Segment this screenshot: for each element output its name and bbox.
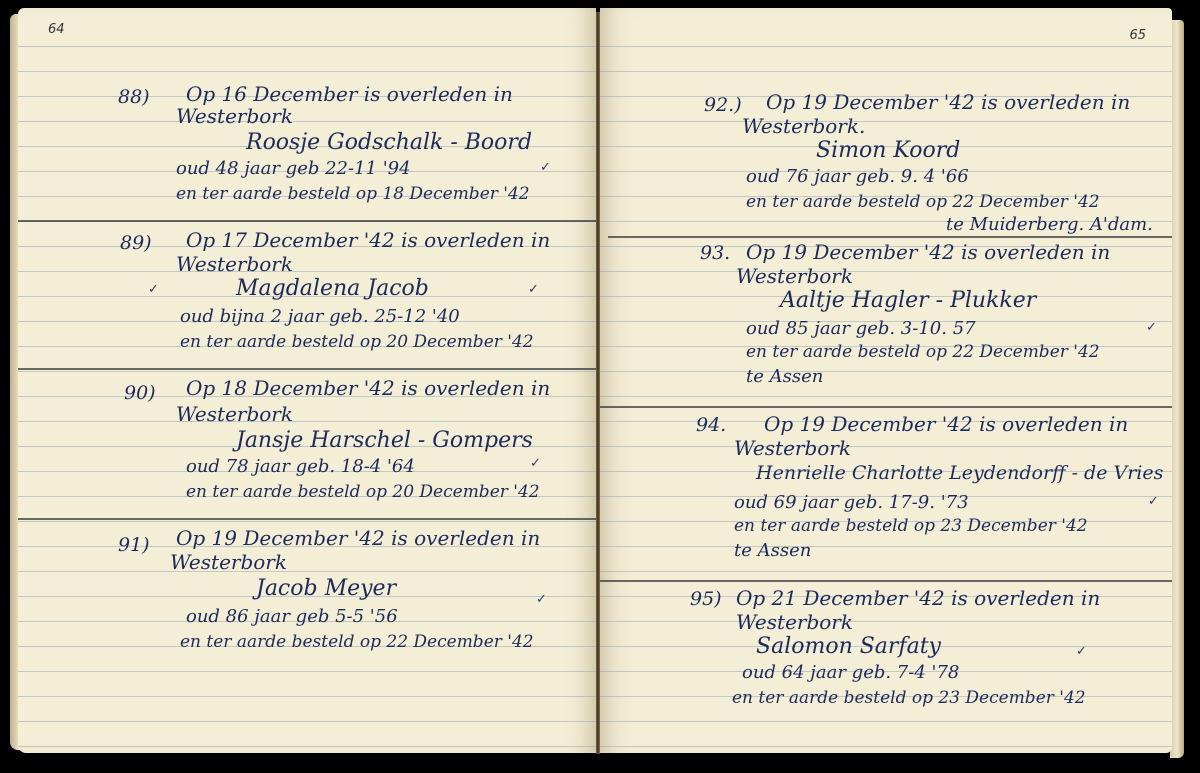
burial-place: te Assen [734, 540, 811, 561]
register-entry: 90) Op 18 December '42 is overleden in W… [18, 372, 596, 522]
deceased-name: Roosje Godschalk - Boord [246, 130, 532, 155]
death-date-line: Op 21 December '42 is overleden in [736, 586, 1100, 610]
right-page-edge [1170, 20, 1184, 758]
deceased-name: Magdalena Jacob [236, 276, 429, 301]
death-date-line: Op 18 December '42 is overleden in [186, 376, 550, 400]
age-birth-line: oud 64 jaar geb. 7-4 '78 [742, 662, 959, 683]
burial-line: en ter aarde besteld op 22 December '42 [746, 342, 1100, 362]
death-date-line: Op 16 December is overleden in [186, 82, 513, 106]
check-mark: ✓ [1146, 320, 1157, 335]
place-of-death: Westerbork [736, 264, 853, 288]
entry-number: 94. [696, 414, 726, 436]
entry-divider [18, 368, 596, 370]
check-mark: ✓ [148, 282, 159, 297]
burial-place: te Assen [746, 366, 823, 387]
notebook-spread: 64 88) Op 16 December is overleden in We… [0, 0, 1200, 773]
entry-number: 92.) [704, 94, 742, 116]
register-entry: 88) Op 16 December is overleden in Weste… [18, 78, 596, 228]
entry-number: 90) [124, 382, 156, 404]
age-birth-line: oud bijna 2 jaar geb. 25-12 '40 [180, 306, 460, 327]
place-of-death: Westerbork [176, 252, 293, 276]
burial-line: en ter aarde besteld op 22 December '42 [746, 192, 1100, 212]
entry-number: 89) [120, 232, 152, 254]
deceased-name: Jacob Meyer [256, 576, 396, 601]
check-mark: ✓ [530, 456, 541, 471]
register-entry: 95) Op 21 December '42 is overleden in W… [600, 582, 1172, 722]
death-date-line: Op 19 December '42 is overleden in [764, 412, 1128, 436]
deceased-name: Jansje Harschel - Gompers [236, 428, 533, 453]
deceased-name: Aaltje Hagler - Plukker [780, 288, 1036, 313]
entry-number: 93. [700, 242, 730, 264]
place-of-death: Westerbork [176, 104, 293, 128]
burial-place: te Muiderberg. A'dam. [946, 214, 1153, 235]
age-birth-line: oud 76 jaar geb. 9. 4 '66 [746, 166, 969, 187]
entry-number: 95) [690, 588, 722, 610]
page-number: 64 [48, 22, 65, 37]
age-birth-line: oud 85 jaar geb. 3-10. 57 [746, 318, 976, 339]
place-of-death: Westerbork [734, 436, 851, 460]
burial-line: en ter aarde besteld op 20 December '42 [180, 332, 534, 352]
death-date-line: Op 17 December '42 is overleden in [186, 228, 550, 252]
death-date-line: Op 19 December '42 is overleden in [176, 526, 540, 550]
age-birth-line: oud 48 jaar geb 22-11 '94 [176, 158, 411, 179]
burial-line: en ter aarde besteld op 23 December '42 [734, 516, 1088, 536]
check-mark: ✓ [1148, 494, 1159, 509]
check-mark: ✓ [536, 592, 547, 607]
burial-line: en ter aarde besteld op 23 December '42 [732, 688, 1086, 708]
place-of-death: Westerbork [170, 550, 287, 574]
right-page: 65 92.) Op 19 December '42 is overleden … [600, 8, 1172, 753]
age-birth-line: oud 86 jaar geb 5-5 '56 [186, 606, 398, 627]
left-page: 64 88) Op 16 December is overleden in We… [18, 8, 596, 753]
burial-line: en ter aarde besteld op 18 December '42 [176, 184, 530, 204]
check-mark: ✓ [1076, 644, 1087, 659]
register-entry: 89) Op 17 December '42 is overleden in W… [18, 224, 596, 374]
deceased-name: Salomon Sarfaty [756, 634, 941, 659]
deceased-name: Simon Koord [816, 138, 960, 163]
place-of-death: Westerbork [736, 610, 853, 634]
place-of-death: Westerbork. [742, 114, 865, 138]
deceased-name: Henrielle Charlotte Leydendorff - de Vri… [756, 462, 1163, 484]
entry-number: 91) [118, 534, 150, 556]
death-date-line: Op 19 December '42 is overleden in [746, 240, 1110, 264]
check-mark: ✓ [528, 282, 539, 297]
check-mark: ✓ [540, 160, 551, 175]
register-entry: 91) Op 19 December '42 is overleden in W… [18, 520, 596, 680]
age-birth-line: oud 69 jaar geb. 17-9. '73 [734, 492, 969, 513]
entry-number: 88) [118, 86, 150, 108]
register-entry: 92.) Op 19 December '42 is overleden in … [600, 86, 1172, 236]
page-number: 65 [1129, 28, 1146, 43]
death-date-line: Op 19 December '42 is overleden in [766, 90, 1130, 114]
burial-line: en ter aarde besteld op 22 December '42 [180, 632, 534, 652]
place-of-death: Westerbork [176, 402, 293, 426]
age-birth-line: oud 78 jaar geb. 18-4 '64 [186, 456, 415, 477]
entry-divider [18, 220, 596, 222]
register-entry: 93. Op 19 December '42 is overleden in W… [600, 238, 1172, 408]
burial-line: en ter aarde besteld op 20 December '42 [186, 482, 540, 502]
register-entry: 94. Op 19 December '42 is overleden in W… [600, 408, 1172, 578]
